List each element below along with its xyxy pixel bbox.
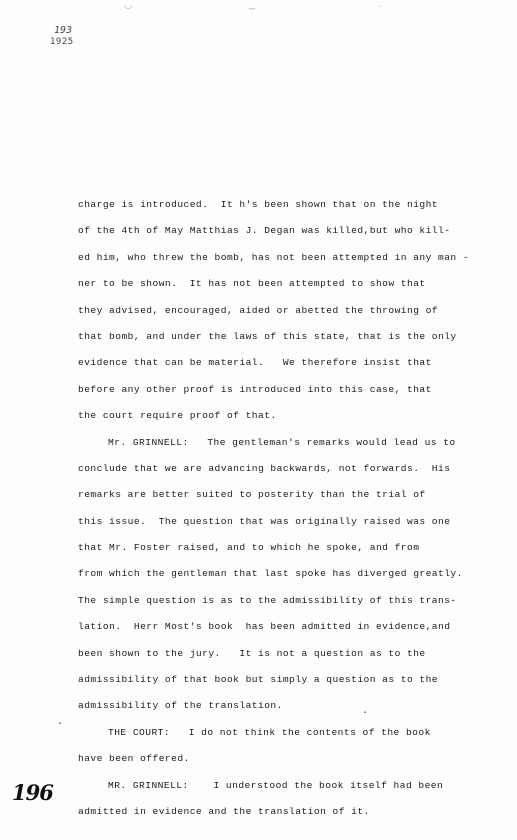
transcript-body: charge is introduced. It h's been shown …: [78, 195, 508, 828]
speaker-line-grinnell: MR. GRINNELL: I understood the book itse…: [78, 776, 508, 802]
handwritten-page-number-bottom: 196: [12, 780, 53, 805]
text-line: they advised, encouraged, aided or abett…: [78, 301, 508, 327]
document-page: ◡ ~ · 193 1925 charge is introduced. It …: [0, 0, 517, 840]
text-line: ner to be shown. It has not been attempt…: [78, 274, 508, 300]
text-line: remarks are better suited to posterity t…: [78, 485, 508, 511]
text-line: admissibility of that book but simply a …: [78, 670, 508, 696]
text-line: evidence that can be material. We theref…: [78, 353, 508, 379]
text-line: have been offered.: [78, 749, 508, 775]
text-line: before any other proof is introduced int…: [78, 380, 508, 406]
scan-artifact: ·: [378, 2, 381, 13]
text-line: that Mr. Foster raised, and to which he …: [78, 538, 508, 564]
handwritten-page-number-top: 193: [54, 26, 72, 36]
text-line: this issue. The question that was origin…: [78, 512, 508, 538]
text-line: lation. Herr Most's book has been admitt…: [78, 617, 508, 643]
text-line: conclude that we are advancing backwards…: [78, 459, 508, 485]
text-line: been shown to the jury. It is not a ques…: [78, 644, 508, 670]
text-line: admissibility of the translation.: [78, 696, 508, 722]
text-line: charge is introduced. It h's been shown …: [78, 195, 508, 221]
text-line: the court require proof of that.: [78, 406, 508, 432]
scan-artifact: .: [57, 717, 63, 728]
text-line: that bomb, and under the laws of this st…: [78, 327, 508, 353]
text-line: of the 4th of May Matthias J. Degan was …: [78, 221, 508, 247]
text-line: from which the gentleman that last spoke…: [78, 564, 508, 590]
scan-artifact: ~: [248, 4, 256, 15]
text-line: admitted in evidence and the translation…: [78, 802, 508, 828]
typed-page-number: 1925: [50, 38, 74, 47]
scan-artifact: ·: [362, 708, 368, 719]
scan-artifact: ◡: [124, 0, 133, 11]
text-line: ed him, who threw the bomb, has not been…: [78, 248, 508, 274]
speaker-line-grinnell: Mr. GRINNELL: The gentleman's remarks wo…: [78, 433, 508, 459]
speaker-line-court: THE COURT: I do not think the contents o…: [78, 723, 508, 749]
text-line: The simple question is as to the admissi…: [78, 591, 508, 617]
